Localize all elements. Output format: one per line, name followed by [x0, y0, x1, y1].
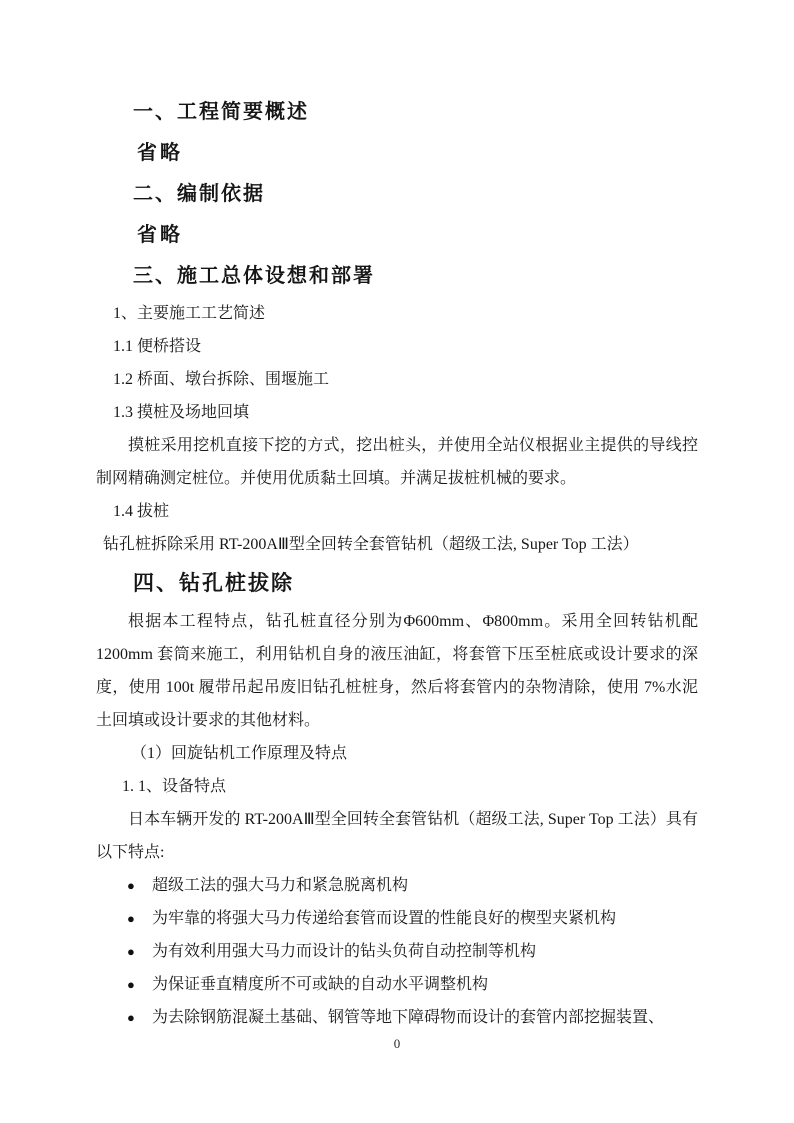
- page-number: 0: [0, 1036, 794, 1052]
- section-heading-4: 四、钻孔桩拔除: [96, 561, 698, 605]
- numbered-item-1-4: 1.4 拔桩: [96, 495, 698, 528]
- body-line-rt200a: 钻孔桩拆除采用 RT-200AⅢ型全回转全套管钻机（超级工法, Super To…: [96, 528, 698, 561]
- bullet-item-label: 为保证垂直精度所不可或缺的自动水平调整机构: [152, 968, 698, 1001]
- section-heading-2: 二、编制依据: [96, 174, 698, 215]
- section-heading-1: 一、工程简要概述: [96, 92, 698, 133]
- numbered-item-1-2: 1.2 桥面、墩台拆除、围堰施工: [96, 363, 698, 396]
- omitted-note-1: 省略: [96, 133, 698, 174]
- bullet-item: ● 为去除钢筋混凝土基础、钢管等地下障碍物而设计的套管内部挖掘装置、: [96, 1001, 698, 1034]
- body-paragraph-pile-removal: 根据本工程特点，钻孔桩直径分别为Φ600mm、Φ800mm。采用全回转钻机配12…: [96, 605, 698, 737]
- numbered-item-paren-1: （1）回旋钻机工作原理及特点: [96, 737, 698, 770]
- document-page: 一、工程简要概述 省略 二、编制依据 省略 三、施工总体设想和部署 1、主要施工…: [0, 0, 794, 1123]
- bullet-item: ● 超级工法的强大马力和紧急脱离机构: [96, 869, 698, 902]
- bullet-item-label: 为牢靠的将强大马力传递给套管而设置的性能良好的楔型夹紧机构: [152, 902, 698, 935]
- bullet-item-label: 为去除钢筋混凝土基础、钢管等地下障碍物而设计的套管内部挖掘装置、: [152, 1001, 698, 1034]
- bullet-item-label: 超级工法的强大马力和紧急脱离机构: [152, 869, 698, 902]
- numbered-item-1-1: 1.1 便桥搭设: [96, 330, 698, 363]
- bullet-item: ● 为保证垂直精度所不可或缺的自动水平调整机构: [96, 968, 698, 1001]
- body-paragraph-pile-probing: 摸桩采用挖机直接下挖的方式，挖出桩头，并使用全站仪根据业主提供的导线控制网精确测…: [96, 429, 698, 495]
- bullet-icon: ●: [127, 1001, 152, 1034]
- bullet-item: ● 为有效利用强大马力而设计的钻头负荷自动控制等机构: [96, 935, 698, 968]
- bullet-icon: ●: [127, 869, 152, 902]
- bullet-icon: ●: [127, 968, 152, 1001]
- bullet-item: ● 为牢靠的将强大马力传递给套管而设置的性能良好的楔型夹紧机构: [96, 902, 698, 935]
- section-heading-3: 三、施工总体设想和部署: [96, 256, 698, 297]
- omitted-note-2: 省略: [96, 215, 698, 256]
- bullet-icon: ●: [127, 935, 152, 968]
- bullet-item-label: 为有效利用强大马力而设计的钻头负荷自动控制等机构: [152, 935, 698, 968]
- body-paragraph-equipment-intro: 日本车辆开发的 RT-200AⅢ型全回转全套管钻机（超级工法, Super To…: [96, 803, 698, 869]
- bullet-icon: ●: [127, 902, 152, 935]
- numbered-item-1: 1、主要施工工艺简述: [96, 297, 698, 330]
- numbered-item-1-3: 1.3 摸桩及场地回填: [96, 396, 698, 429]
- numbered-item-equipment: 1. 1、设备特点: [96, 770, 698, 803]
